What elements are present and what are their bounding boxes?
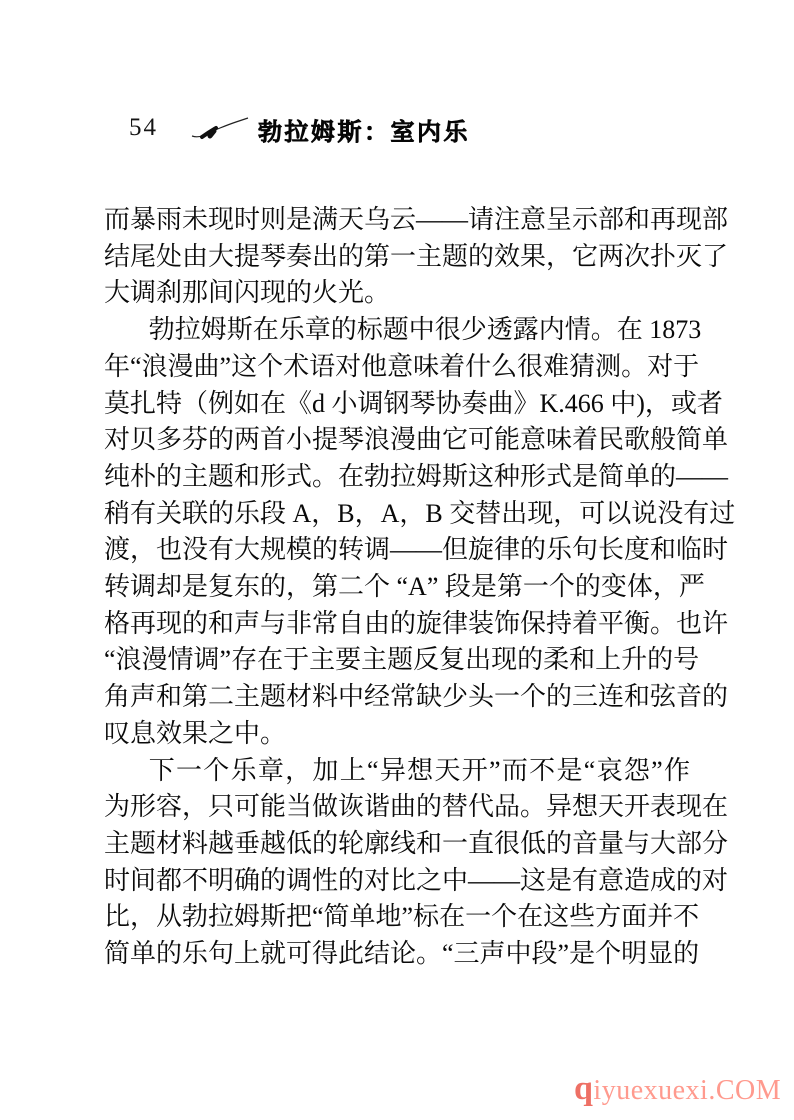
text-line: “浪漫情调”存在于主要主题反复出现的柔和上升的号 (104, 642, 690, 679)
watermark-text: iyuexuexi (593, 1075, 708, 1106)
text-line: 简单的乐句上就可得此结论。“三声中段”是个明显的 (104, 936, 690, 973)
text-line: 结尾处由大提琴奏出的第一主题的效果，它两次扑灭了 (104, 239, 690, 276)
text-line: 比，从勃拉姆斯把“简单地”标在一个在这些方面并不 (104, 899, 690, 936)
text-line: 下一个乐章，加上“异想天开”而不是“哀怨”作 (104, 753, 690, 790)
text-line: 勃拉姆斯在乐章的标题中很少透露内情。在 1873 (104, 312, 690, 349)
text-line: 格再现的和声与非常自由的旋律装饰保持着平衡。也许 (104, 606, 690, 643)
text-line: 稍有关联的乐段 A，B，A，B 交替出现，可以说没有过 (104, 496, 690, 533)
chapter-title: 勃拉姆斯：室内乐 (258, 112, 470, 147)
scanned-book-page: { "page": { "number": "54", "header_titl… (0, 0, 794, 1120)
text-line: 莫扎特（例如在《d 小调钢琴协奏曲》K.466 中)，或者 (104, 386, 690, 423)
text-line: 主题材料越垂越低的轮廓线和一直很低的音量与大部分 (104, 826, 690, 863)
watermark-suffix: .COM (708, 1075, 781, 1106)
running-head: 54 勃拉姆斯：室内乐 (0, 110, 794, 146)
text-line: 大调刹那间闪现的火光。 (104, 275, 690, 312)
text-line: 而暴雨未现时则是满天乌云——请注意呈示部和再现部 (104, 202, 690, 239)
text-line: 叹息效果之中。 (104, 716, 690, 753)
text-line: 纯朴的主题和形式。在勃拉姆斯这种形式是简单的—— (104, 459, 690, 496)
text-line: 渡，也没有大规模的转调——但旋律的乐句长度和临时 (104, 532, 690, 569)
text-line: 年“浪漫曲”这个术语对他意味着什么很难猜测。对于 (104, 349, 690, 386)
text-line: 转调却是复东的，第二个 “A” 段是第一个的变体，严 (104, 569, 690, 606)
text-line: 时间都不明确的调性的对比之中——这是有意造成的对 (104, 863, 690, 900)
site-watermark: qiyuexuexi.COM (574, 1070, 781, 1108)
text-line: 对贝多芬的两首小提琴浪漫曲它可能意味着民歌般简单 (104, 422, 690, 459)
page-number: 54 (129, 114, 158, 142)
watermark-prefix: q (574, 1070, 593, 1107)
flourish-ornament-icon (190, 116, 250, 147)
text-line: 为形容，只可能当做诙谐曲的替代品。异想天开表现在 (104, 789, 690, 826)
text-line: 角声和第二主题材料中经常缺少头一个的三连和弦音的 (104, 679, 690, 716)
body-text: 而暴雨未现时则是满天乌云——请注意呈示部和再现部 结尾处由大提琴奏出的第一主题的… (104, 202, 690, 973)
